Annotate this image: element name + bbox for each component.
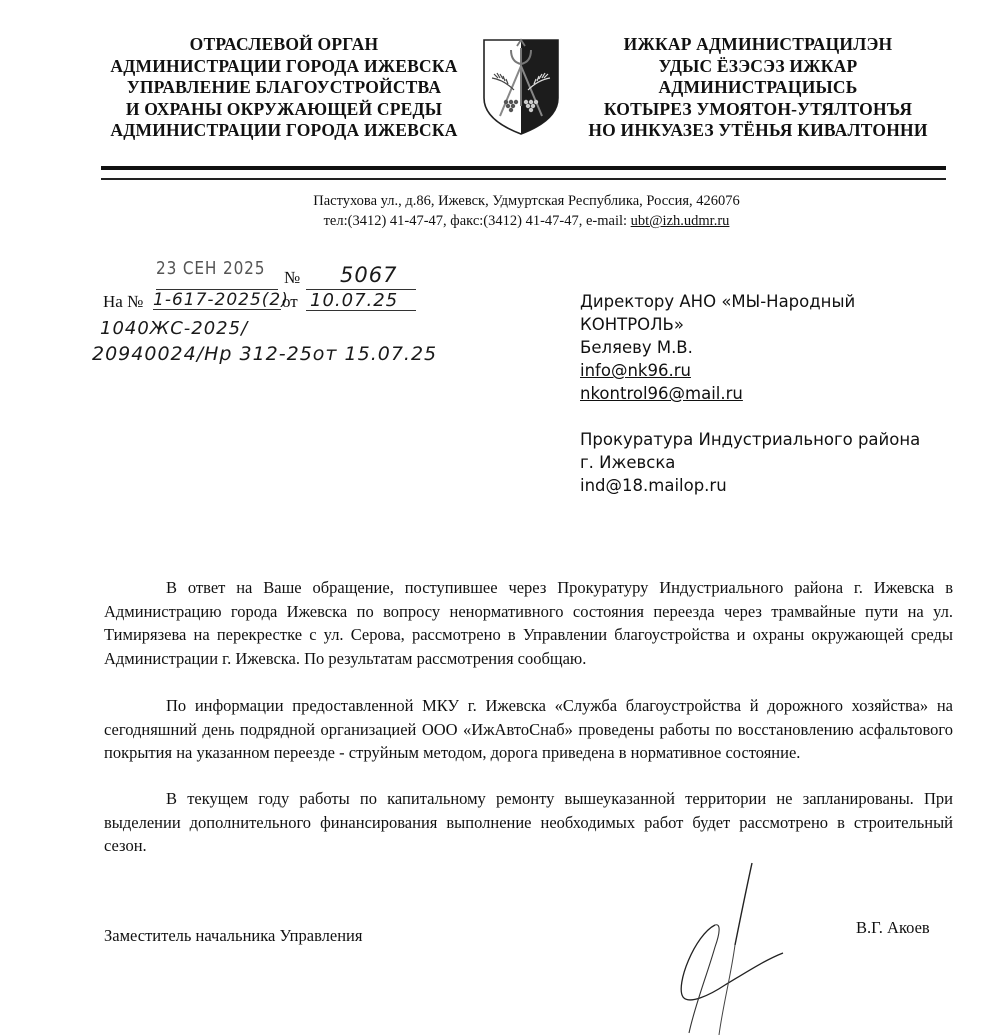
phone-fax: тел:(3412) 41-47-47, факс:(3412) 41-47-4… <box>324 213 631 229</box>
signer-title: Заместитель начальника Управления <box>104 926 362 946</box>
handwritten-reference-1: 1040ЖС-2025/ <box>100 318 248 339</box>
org-line: АДМИНИСТРАЦИИ ГОРОДА ИЖЕВСКА <box>96 56 472 78</box>
from-label: от <box>282 292 298 312</box>
letter-body-paragraph: В ответ на Ваше обращение, поступившее ч… <box>104 576 953 670</box>
handwritten-reference-2: 20940024/Нр 312-25от 15.07.25 <box>92 343 437 365</box>
handwritten-signature-icon <box>665 855 785 1035</box>
org-line: И ОХРАНЫ ОКРУЖАЮЩЕЙ СРЕДЫ <box>96 99 472 121</box>
recipient-prosecutor-office: Прокуратура Индустриального района г. Иж… <box>580 428 920 497</box>
contact-email-link[interactable]: ubt@izh.udmr.ru <box>631 213 730 229</box>
recipient-line: Беляеву М.В. <box>580 336 855 359</box>
org-line: АДМИНИСТРАЦИИ ГОРОДА ИЖЕВСКА <box>96 120 472 142</box>
recipient-ano-narodny-kontrol: Директору АНО «МЫ-Народный КОНТРОЛЬ» Бел… <box>580 290 855 405</box>
org-name-udmurt: ИЖКАР АДМИНИСТРАЦИЛЭН УДЫС ЁЗЭСЭЗ ИЖКАР … <box>572 34 944 142</box>
recipient-line: Директору АНО «МЫ-Народный <box>580 290 855 313</box>
org-line: ОТРАСЛЕВОЙ ОРГАН <box>96 34 472 56</box>
signer-name: В.Г. Акоев <box>856 918 930 938</box>
recipient-line: КОНТРОЛЬ» <box>580 313 855 336</box>
outgoing-number: 5067 <box>340 263 397 287</box>
registration-date-stamp: 23 СЕН 2025 <box>156 258 265 279</box>
recipient-email-link[interactable]: info@nk96.ru <box>580 359 855 382</box>
reply-to-label: На № <box>103 292 143 312</box>
org-name-russian: ОТРАСЛЕВОЙ ОРГАН АДМИНИСТРАЦИИ ГОРОДА ИЖ… <box>96 34 472 142</box>
izhevsk-coat-of-arms-icon <box>478 36 564 136</box>
paragraph-text: В ответ на Ваше обращение, поступившее ч… <box>104 576 953 670</box>
reply-to-date: 10.07.25 <box>310 290 398 311</box>
header-divider-thick <box>101 166 946 170</box>
recipient-email: ind@18.mailop.ru <box>580 474 920 497</box>
recipient-email-link[interactable]: nkontrol96@mail.ru <box>580 382 855 405</box>
postal-address: Пастухова ул., д.86, Ижевск, Удмуртская … <box>0 191 987 211</box>
paragraph-text: По информации предоставленной МКУ г. Иже… <box>104 694 953 765</box>
reply-number-underline <box>153 309 281 310</box>
org-line: НО ИНКУАЗЕЗ УТЁНЬЯ КИВАЛТОННИ <box>572 120 944 142</box>
letter-body-paragraph: В текущем году работы по капитальному ре… <box>104 787 953 858</box>
recipient-line: Прокуратура Индустриального района <box>580 428 920 451</box>
org-line: УДЫС ЁЗЭСЭЗ ИЖКАР <box>572 56 944 78</box>
header-divider-thin <box>101 178 946 180</box>
letter-body-paragraph: По информации предоставленной МКУ г. Иже… <box>104 694 953 765</box>
org-line: АДМИНИСТРАЦИЫСЬ <box>572 77 944 99</box>
org-line: ИЖКАР АДМИНИСТРАЦИЛЭН <box>572 34 944 56</box>
recipient-line: г. Ижевска <box>580 451 920 474</box>
contact-line: тел:(3412) 41-47-47, факс:(3412) 41-47-4… <box>0 211 987 231</box>
reply-date-underline <box>306 310 416 311</box>
org-line: УПРАВЛЕНИЕ БЛАГОУСТРОЙСТВА <box>96 77 472 99</box>
org-line: КОТЫРЕЗ УМОЯТОН-УТЯЛТОНЪЯ <box>572 99 944 121</box>
number-sign-label: № <box>284 268 300 288</box>
paragraph-text: В текущем году работы по капитальному ре… <box>104 787 953 858</box>
reply-to-number: 1-617-2025(2) <box>153 290 289 310</box>
